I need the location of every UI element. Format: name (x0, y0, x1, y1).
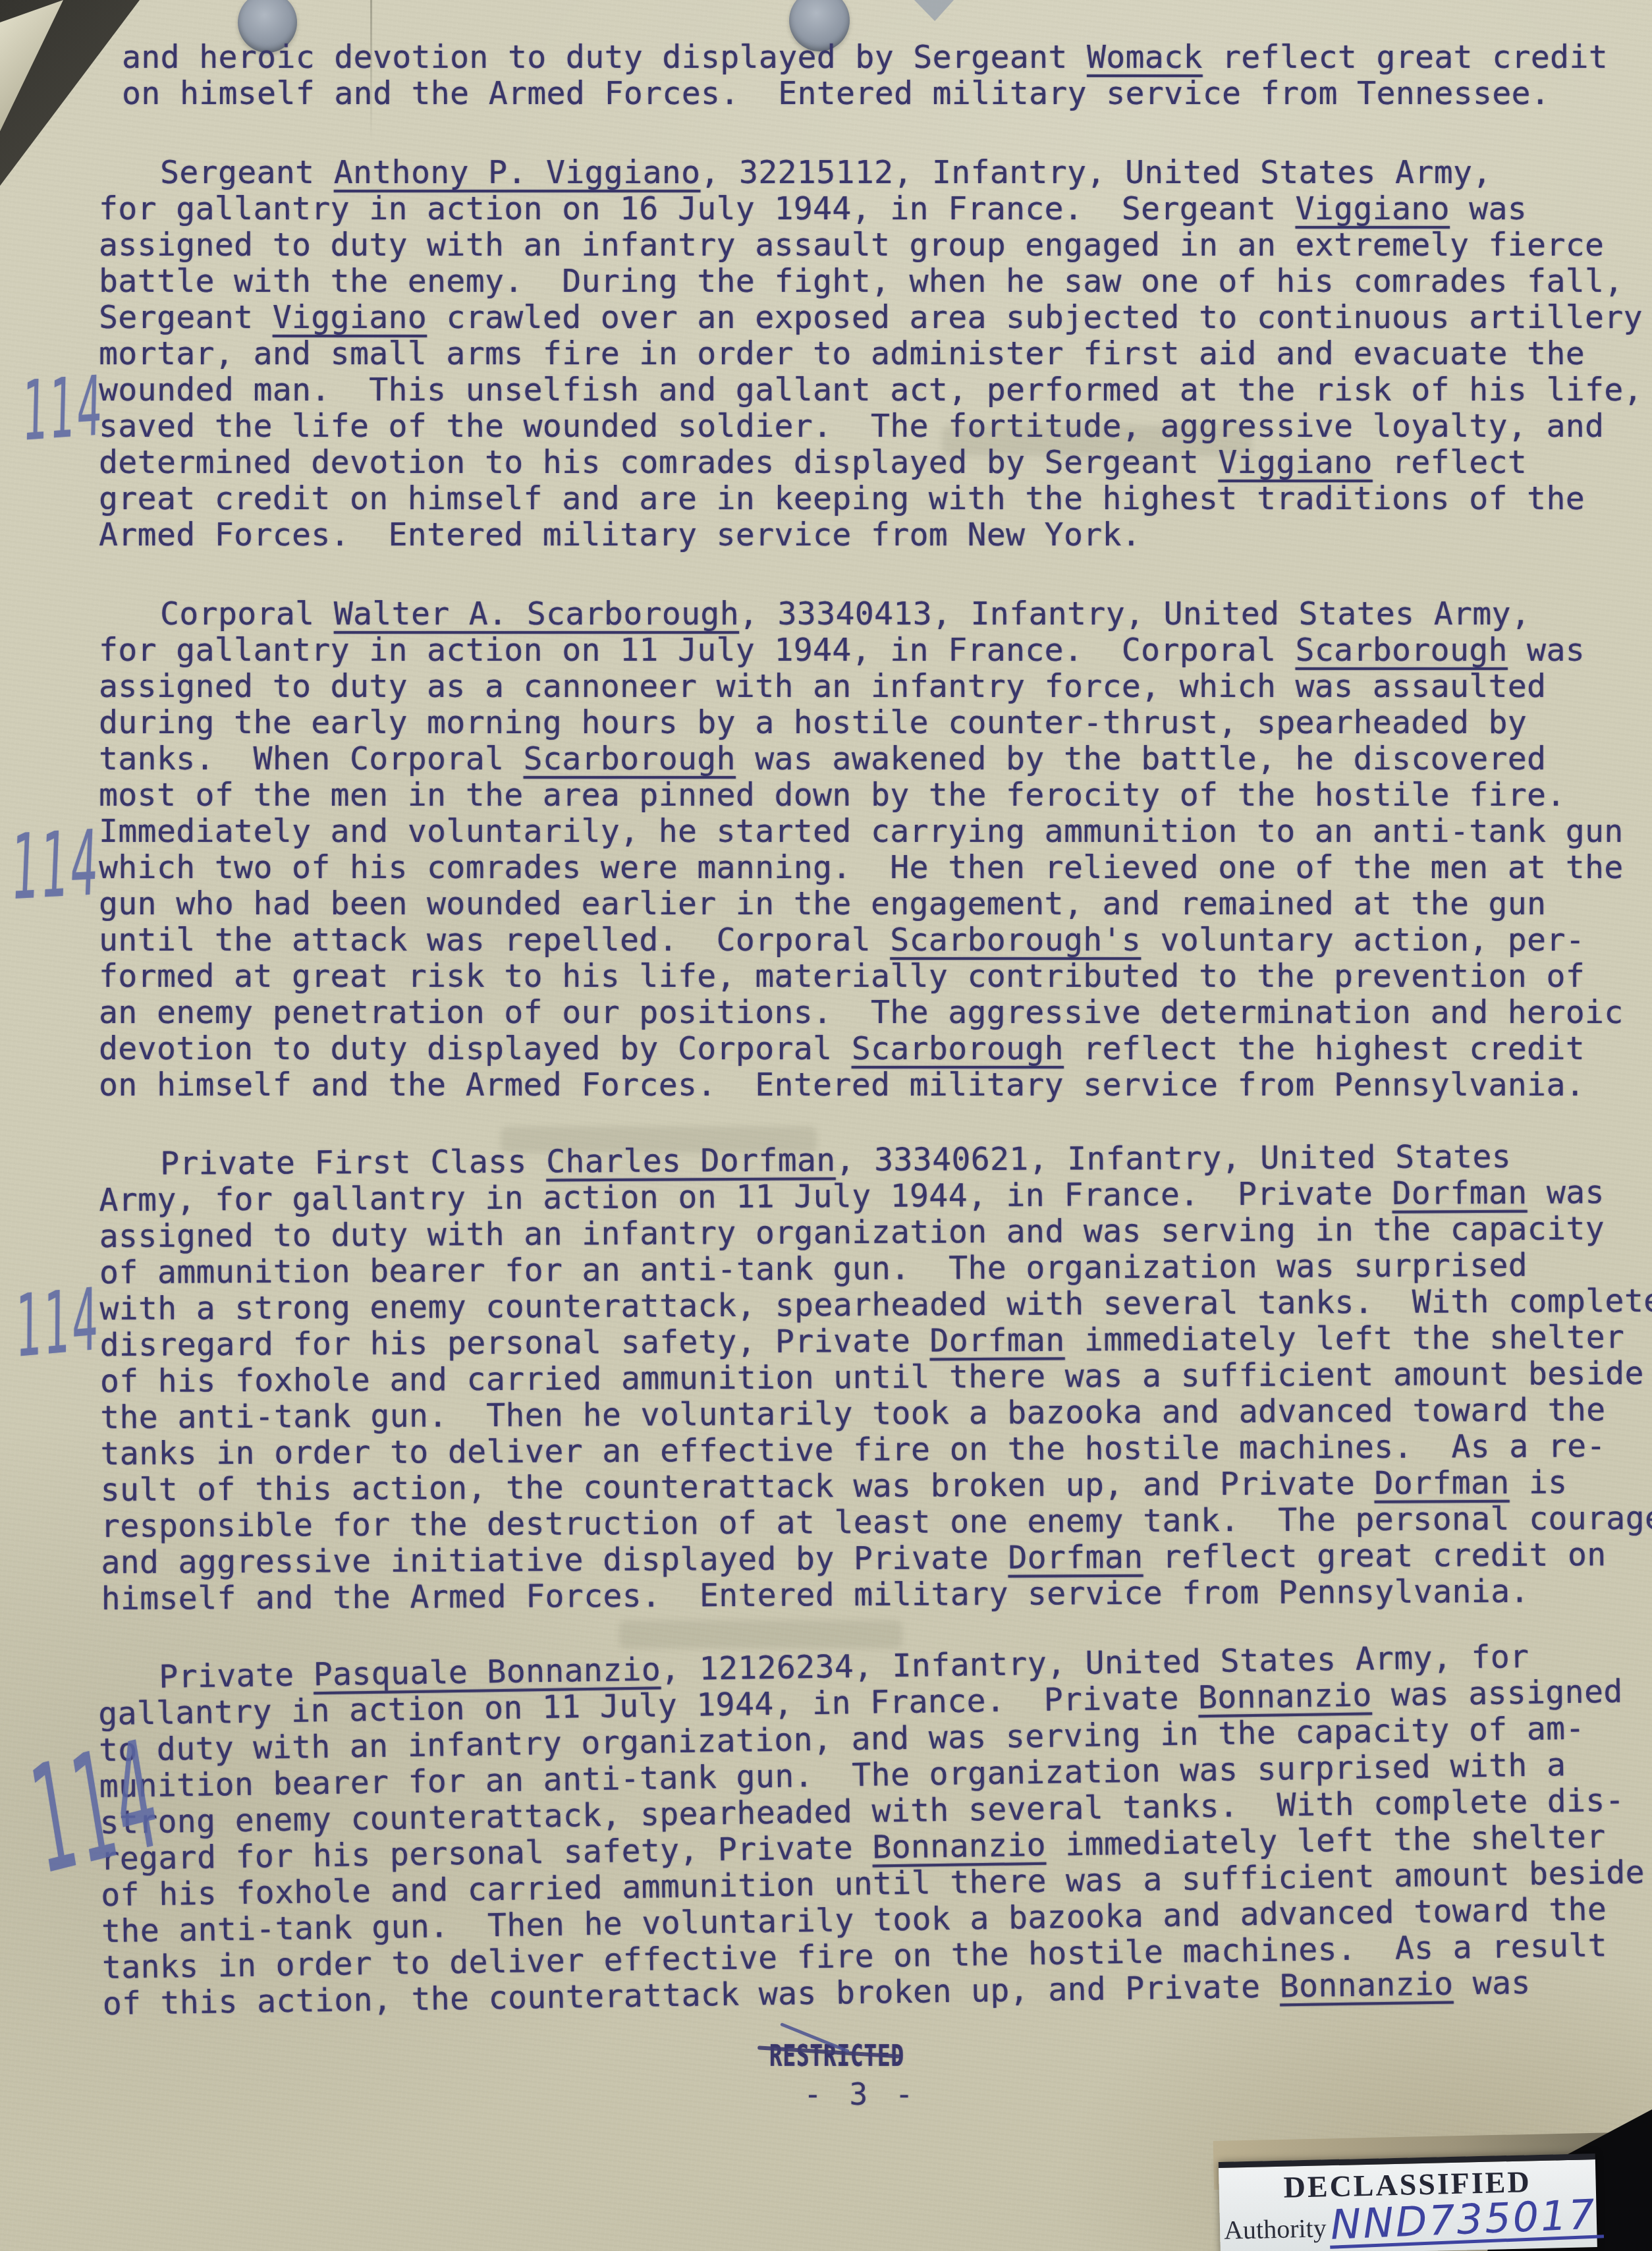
citation-paragraph: Corporal Walter A. Scarborough, 33340413… (99, 596, 1652, 1103)
authority-line: Authority NND735017 (1219, 2198, 1597, 2249)
authority-number: NND735017 (1328, 2195, 1603, 2249)
text-line: for gallantry in action on 16 July 1944,… (99, 191, 1652, 227)
text-line: until the attack was repelled. Corporal … (99, 922, 1652, 959)
text-line: which two of his comrades were manning. … (99, 850, 1652, 886)
text-line: an enemy penetration of our positions. T… (99, 995, 1652, 1031)
text-line: assigned to duty with an infantry assaul… (99, 227, 1652, 264)
text-line: formed at great risk to his life, materi… (99, 959, 1652, 995)
text-line: saved the life of the wounded soldier. T… (99, 408, 1652, 445)
text-line: himself and the Armed Forces. Entered mi… (101, 1573, 1652, 1617)
page-tear-notch (914, 0, 954, 21)
text-line: Immediately and voluntarily, he started … (99, 814, 1652, 850)
citation-paragraph: Sergeant Anthony P. Viggiano, 32215112, … (99, 155, 1652, 553)
declassified-sticker: DECLASSIFIED Authority NND735017 (1219, 2154, 1597, 2251)
handwritten-margin-mark: 114 (12, 1269, 104, 1377)
text-line: Corporal Walter A. Scarborough, 33340413… (99, 596, 1652, 632)
text-line: determined devotion to his comrades disp… (99, 445, 1652, 481)
text-line: for gallantry in action on 11 July 1944,… (99, 632, 1652, 669)
text-line: gun who had been wounded earlier in the … (99, 886, 1652, 922)
document-text: and heroic devotion to duty displayed by… (99, 40, 1652, 2065)
text-line: devotion to duty displayed by Corporal S… (99, 1031, 1652, 1067)
text-line: battle with the enemy. During the fight,… (99, 264, 1652, 300)
text-line: during the early morning hours by a host… (99, 705, 1652, 741)
text-line: great credit on himself and are in keepi… (99, 481, 1652, 517)
text-line: and heroic devotion to duty displayed by… (122, 40, 1652, 76)
text-line: Armed Forces. Entered military service f… (99, 517, 1652, 553)
text-line: Sergeant Viggiano crawled over an expose… (99, 300, 1652, 336)
citation-paragraph: Private Pasquale Bonnanzio, 12126234, In… (97, 1637, 1652, 2022)
text-line: mortar, and small arms fire in order to … (99, 336, 1652, 372)
citation-paragraph: and heroic devotion to duty displayed by… (122, 40, 1652, 112)
text-line: on himself and the Armed Forces. Entered… (99, 1067, 1652, 1103)
authority-label: Authority (1224, 2212, 1327, 2246)
text-line: Sergeant Anthony P. Viggiano, 32215112, … (99, 155, 1652, 191)
citation-paragraph: Private First Class Charles Dorfman, 333… (99, 1138, 1652, 1617)
scanned-document-page: and heroic devotion to duty displayed by… (0, 0, 1652, 2251)
page-number: - 3 - (804, 2076, 918, 2112)
text-line: most of the men in the area pinned down … (99, 777, 1652, 814)
text-line: on himself and the Armed Forces. Entered… (122, 76, 1652, 112)
handwritten-margin-mark: 114 (20, 358, 107, 459)
handwritten-margin-mark: 114 (9, 811, 103, 920)
text-line: wounded man. This unselfish and gallant … (99, 372, 1652, 408)
text-line: assigned to duty as a cannoneer with an … (99, 669, 1652, 705)
text-line: tanks. When Corporal Scarborough was awa… (99, 741, 1652, 777)
